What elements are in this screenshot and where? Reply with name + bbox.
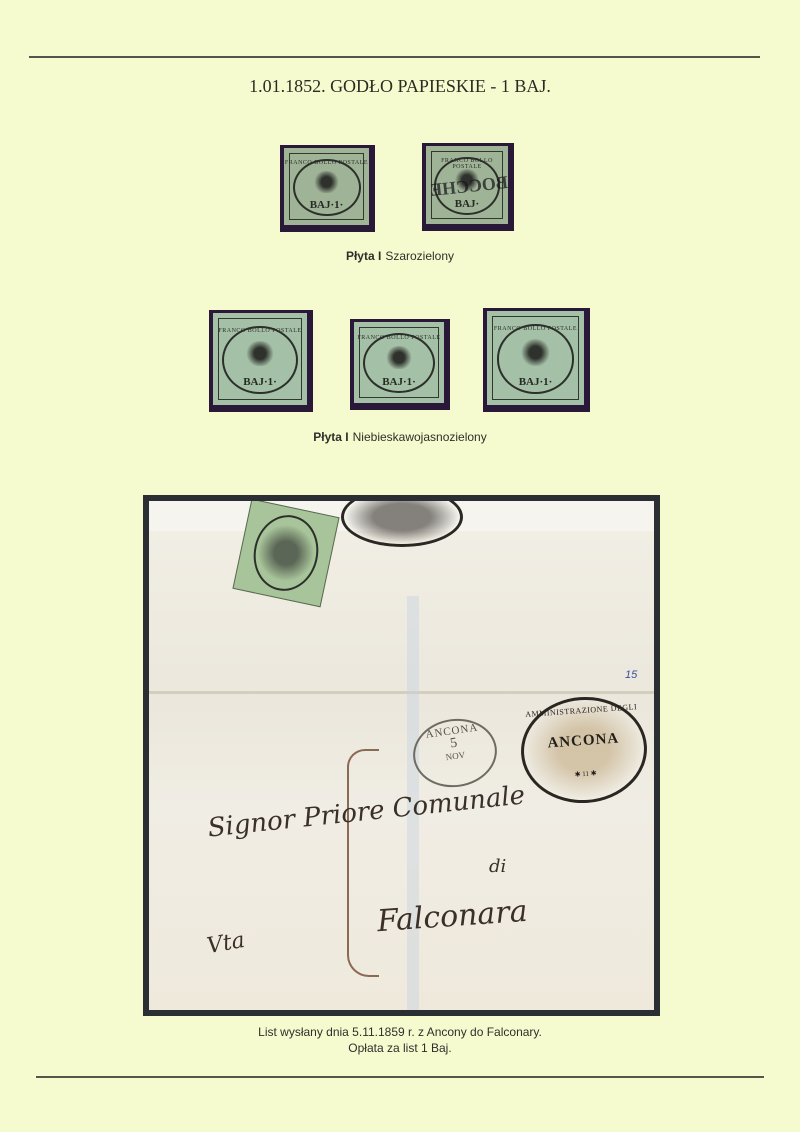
bottom-rule <box>36 1076 764 1078</box>
papal-emblem-icon <box>385 346 414 369</box>
cover-caption-line-1: List wysłany dnia 5.11.1859 r. z Ancony … <box>0 1025 800 1039</box>
oval-cancel-partial <box>341 501 463 547</box>
papal-emblem-icon <box>245 341 275 367</box>
address-line-4: Vta <box>205 928 247 959</box>
address-line-3: Falconara <box>376 894 529 939</box>
stamp-grey-green-1: FRANCO BOLLO POSTALE BAJ·1· <box>280 145 375 232</box>
cover-caption-line-2: Opłata za list 1 Baj. <box>0 1041 800 1055</box>
top-rule <box>29 56 760 58</box>
address-line-2: di <box>489 856 506 877</box>
fold-line <box>149 691 654 694</box>
stamp-grey-green-2: FRANCO BOLLO POSTALE BAJ· BOCCHE <box>422 143 514 231</box>
papal-emblem-icon <box>313 171 340 193</box>
circular-datestamp: ANCONA 5 NOV <box>409 713 502 792</box>
pencil-note: 15 <box>625 669 637 681</box>
cover-letter: 15 ANCONA 5 NOV AMMINISTRAZIONE DEGLI AN… <box>143 495 660 1016</box>
papal-emblem-icon <box>520 339 551 365</box>
stamp-blue-green-3: FRANCO BOLLO POSTALE BAJ·1· <box>483 308 590 412</box>
stamp-blue-green-2: FRANCO BOLLO POSTALE BAJ·1· <box>350 319 450 410</box>
page-title: 1.01.1852. GODŁO PAPIESKIE - 1 BAJ. <box>0 76 800 97</box>
caption-plate-grey-green: Płyta ISzarozielony <box>0 249 800 263</box>
caption-plate-blue-green: Płyta INiebieskawojasnozielony <box>0 430 800 444</box>
manuscript-rate-mark <box>347 749 379 977</box>
administration-oval-cancel: AMMINISTRAZIONE DEGLI ANCONA ✱ 11 ✱ <box>517 693 650 808</box>
cover-stamp <box>232 501 339 607</box>
stamp-blue-green-1: FRANCO BOLLO POSTALE BAJ·1· <box>209 310 313 412</box>
